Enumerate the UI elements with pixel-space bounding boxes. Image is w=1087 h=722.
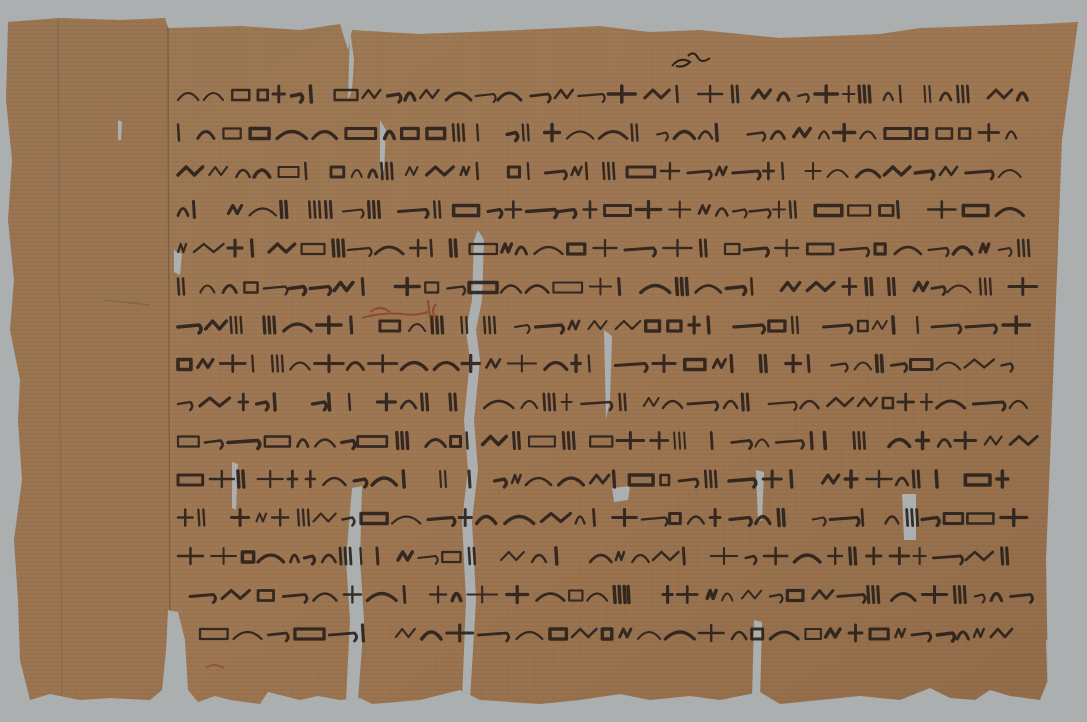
papyrus-photo: Photograph of a torn, light-brown papyru… bbox=[0, 0, 1087, 722]
papyrus-sheet bbox=[0, 0, 1087, 722]
